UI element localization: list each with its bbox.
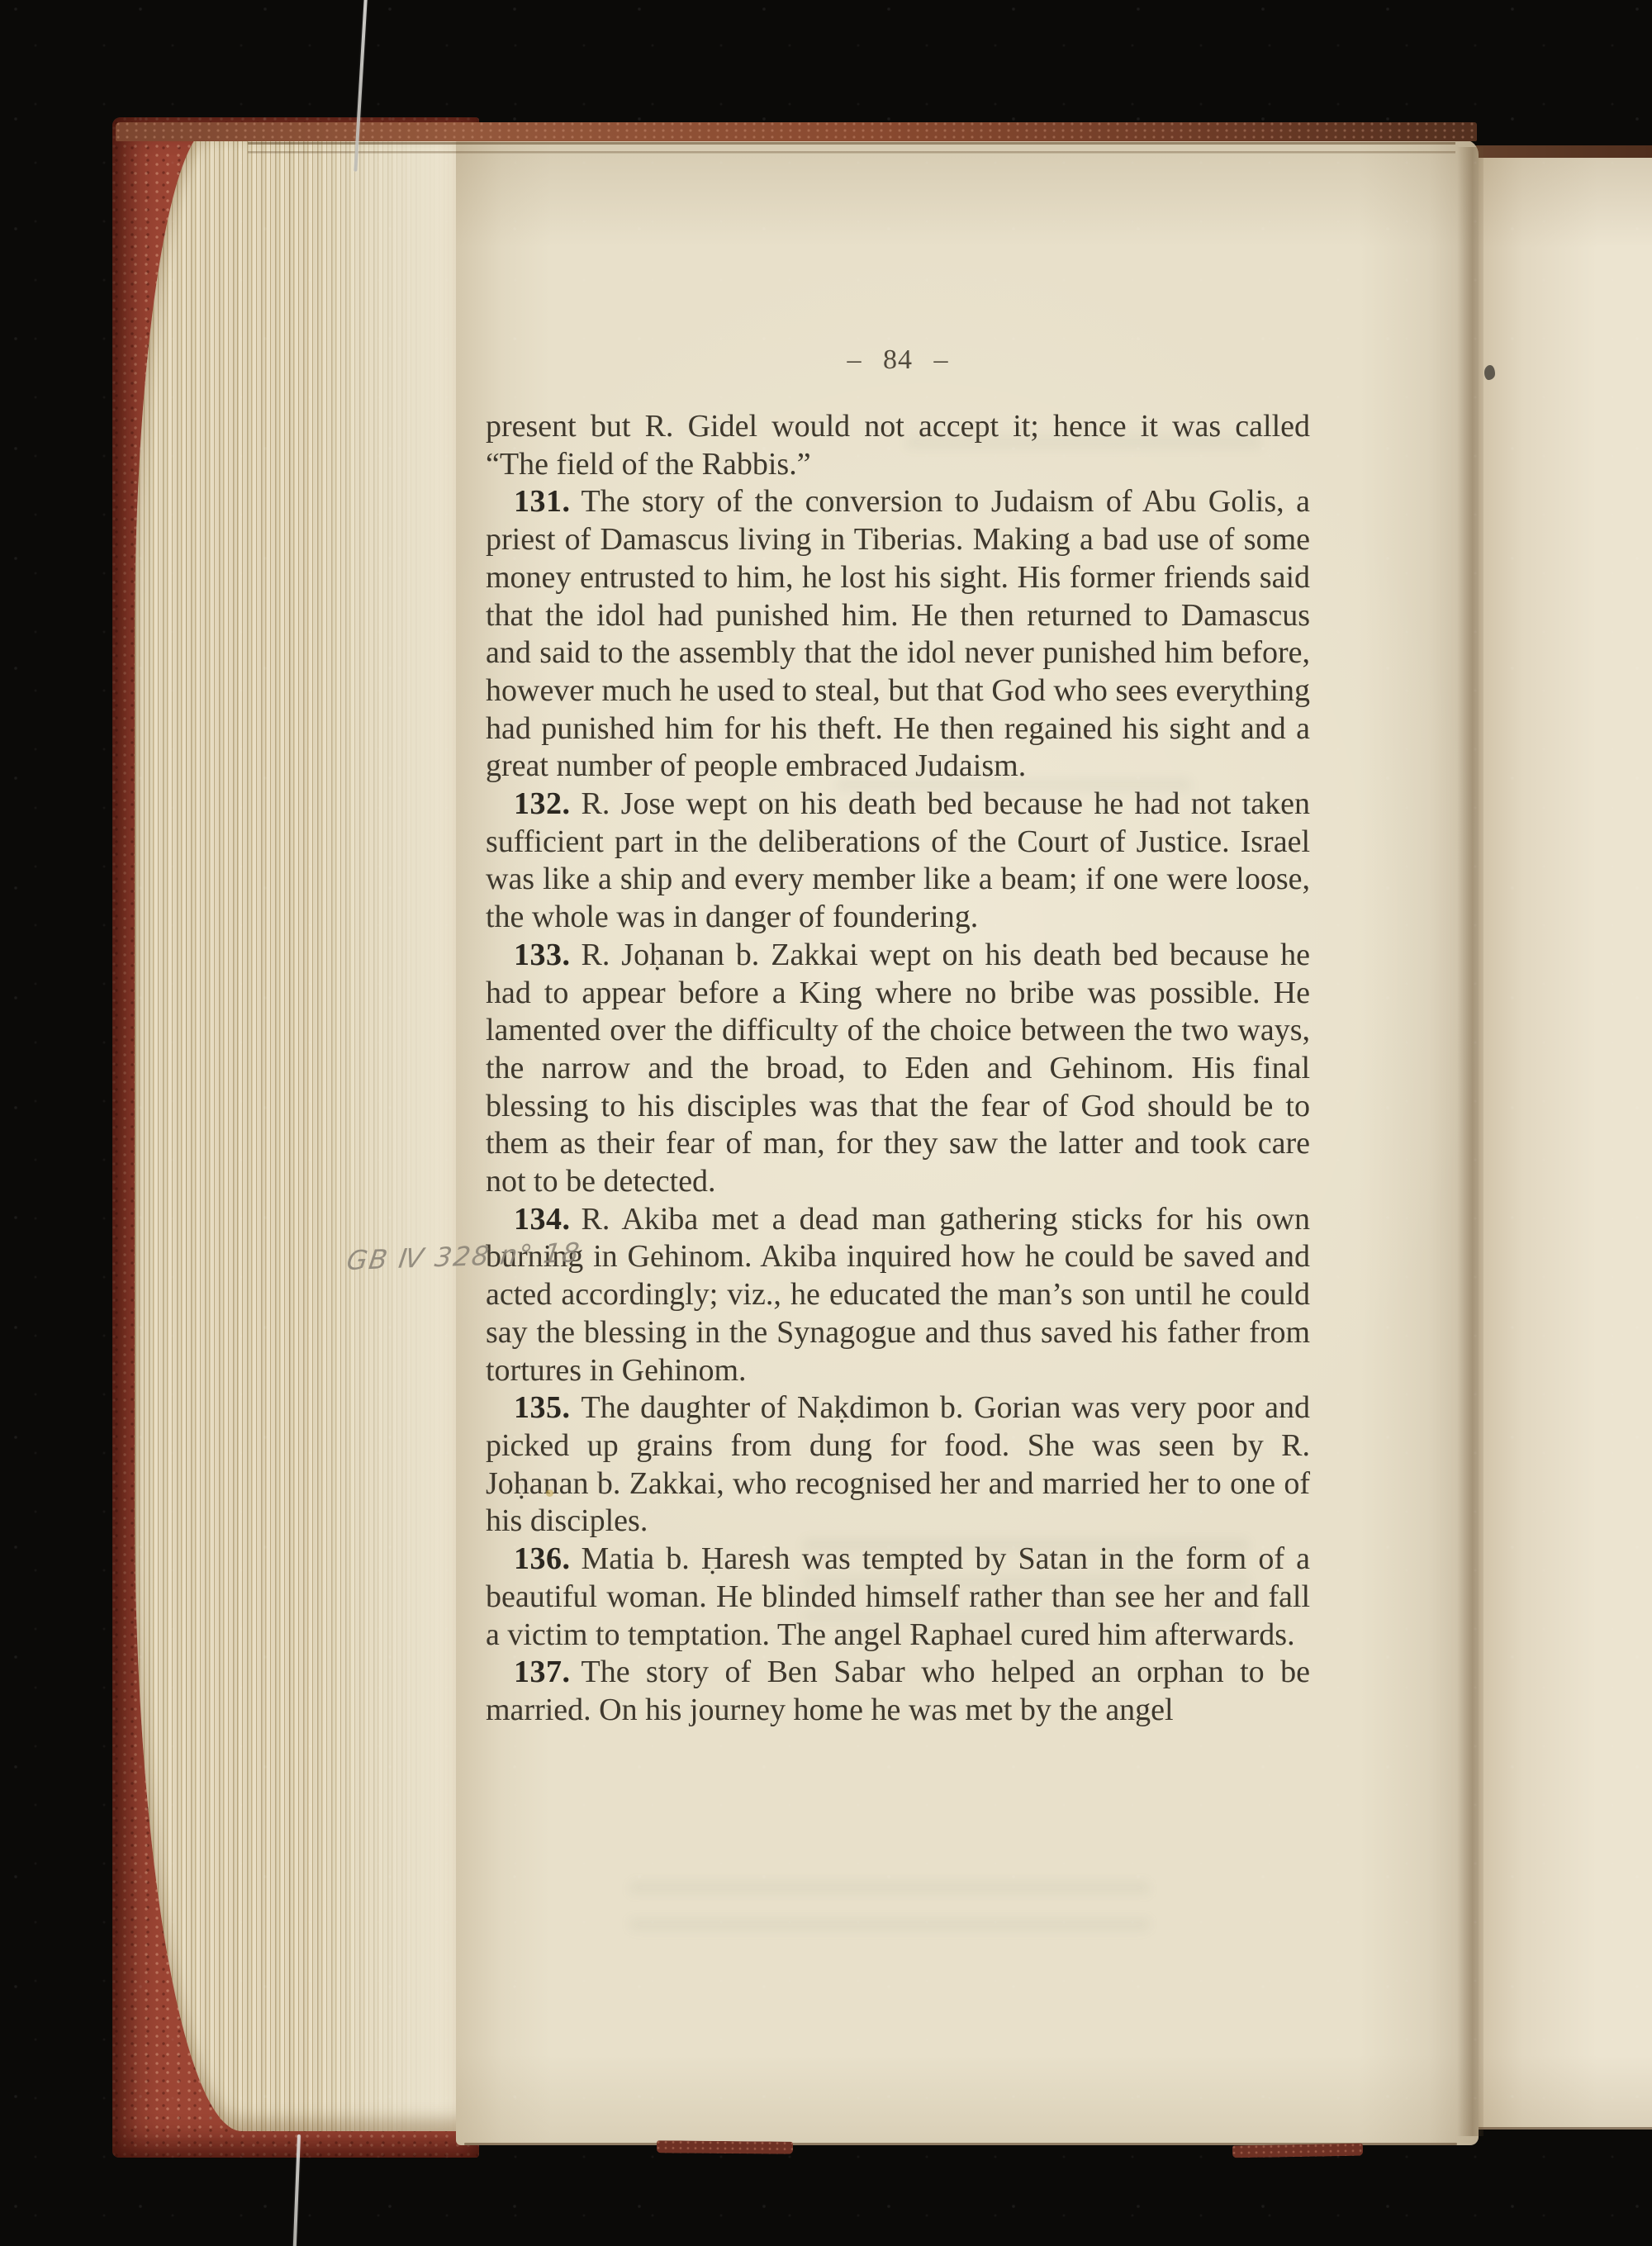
book-page: – 84 – present but R. Gidel would not ac…: [456, 140, 1479, 2145]
book-photo-scene: – 84 – present but R. Gidel would not ac…: [0, 0, 1652, 2246]
paragraph-text: R. Akiba met a dead man gathering sticks…: [486, 1202, 1310, 1388]
page-number: – 84 –: [486, 344, 1310, 376]
book-top-edge: [116, 122, 1477, 141]
paragraph-number: 134.: [514, 1202, 571, 1237]
paragraph-text: The story of Ben Sabar who helped an orp…: [486, 1655, 1310, 1727]
page-text-block: present but R. Gidel would not accept it…: [486, 408, 1310, 1730]
paragraph-text: present but R. Gidel would not accept it…: [486, 409, 1310, 482]
paragraph-continuation: present but R. Gidel would not accept it…: [486, 408, 1310, 483]
paragraph-137: 137.The story of Ben Sabar who helped an…: [486, 1654, 1310, 1729]
ink-spot: [1484, 365, 1495, 380]
paragraph-134: 134.R. Akiba met a dead man gathering st…: [486, 1201, 1310, 1390]
paragraph-number: 136.: [514, 1541, 571, 1576]
show-through-smudge: [629, 1881, 1150, 1932]
paragraph-133: 133.R. Joḥanan b. Zakkai wept on his dea…: [486, 937, 1310, 1201]
cover-bottom-sliver: [657, 2140, 793, 2153]
paragraph-text: The story of the conversion to Judaism o…: [486, 484, 1310, 783]
paragraph-text: Matia b. Ḥaresh was tempted by Satan in …: [486, 1541, 1310, 1651]
page-stack-fore-edges: [135, 126, 473, 2131]
paragraph-132: 132.R. Jose wept on his death bed becaus…: [486, 786, 1310, 937]
gutter-crease: [1457, 147, 1483, 2136]
paragraph-text: R. Jose wept on his death bed because he…: [486, 786, 1310, 934]
paragraph-number: 131.: [514, 484, 571, 519]
paragraph-text: The daughter of Naḳdimon b. Gorian was v…: [486, 1390, 1310, 1538]
page-top-edge-lines: [248, 142, 1455, 158]
paragraph-131: 131.The story of the conversion to Judai…: [486, 483, 1310, 786]
paragraph-136: 136.Matia b. Ḥaresh was tempted by Satan…: [486, 1541, 1310, 1654]
paragraph-number: 132.: [514, 786, 571, 821]
paragraph-number: 133.: [514, 938, 571, 972]
paragraph-135: 135.The daughter of Naḳdimon b. Gorian w…: [486, 1389, 1310, 1541]
next-page-sliver: [1474, 157, 1652, 2130]
paragraph-number: 135.: [514, 1390, 571, 1425]
paper-stain: [546, 1489, 553, 1497]
paragraph-text: R. Joḥanan b. Zakkai wept on his death b…: [486, 938, 1310, 1199]
cover-bottom-sliver: [1232, 2144, 1363, 2158]
paragraph-number: 137.: [514, 1655, 571, 1689]
